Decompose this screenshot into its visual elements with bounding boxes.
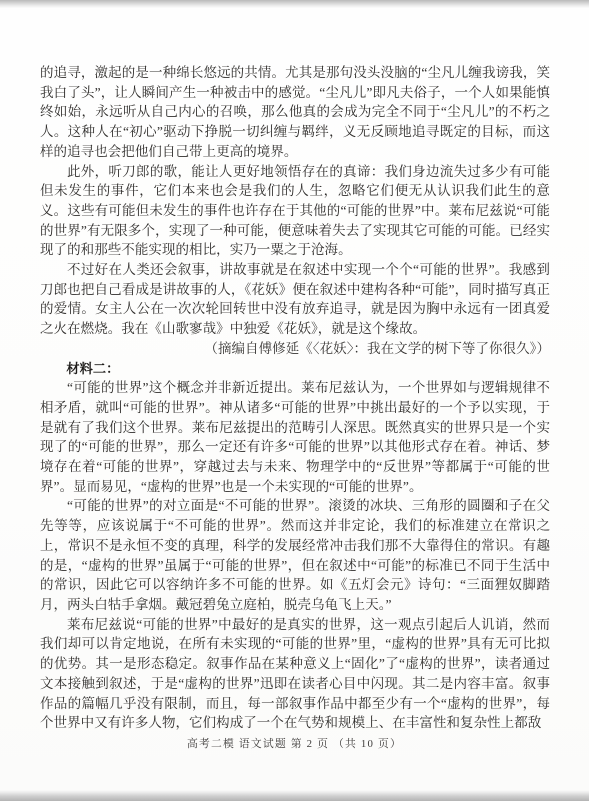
material-two-heading: 材料二： [40,359,550,379]
attribution-line: （摘编自傅修延《〈花妖〉：我在文学的树下等了你很久》） [40,339,550,359]
scan-edge-bottom [0,790,589,801]
page-text-column: 的追寻，激起的是一种绵长悠远的共情。尤其是那句没头没脑的“尘凡儿缠我谤我，笑我白… [40,63,550,733]
scan-edge-top [0,0,589,8]
paragraph: 此外，听刀郎的歌，能让人更好地领悟存在的真谛：我们身边流失过多少有可能但未发生的… [40,162,550,261]
paragraph: 不过好在人类还会叙事，讲故事就是在叙述中实现一个个“可能的世界”。我感到刀郎也把… [40,260,550,339]
paragraph: 莱布尼兹说“可能的世界”中最好的是真实的世界，这一观点引起后人讥诮，然而我们却可… [40,615,550,733]
paragraph: “可能的世界”的对立面是“不可能的世界”。滚烫的冰块、三角形的圆圈和子在父先等等… [40,496,550,614]
scanned-exam-page: 的追寻，激起的是一种绵长悠远的共情。尤其是那句没头没脑的“尘凡儿缠我谤我，笑我白… [0,0,589,801]
paragraph: 的追寻，激起的是一种绵长悠远的共情。尤其是那句没头没脑的“尘凡儿缠我谤我，笑我白… [40,63,550,162]
page-footer: 高考二模 语文试题 第 2 页 （共 10 页） [0,736,589,751]
paragraph: “可能的世界”这个概念并非新近提出。莱布尼兹认为，一个世界如与逻辑规律不相矛盾，… [40,378,550,496]
